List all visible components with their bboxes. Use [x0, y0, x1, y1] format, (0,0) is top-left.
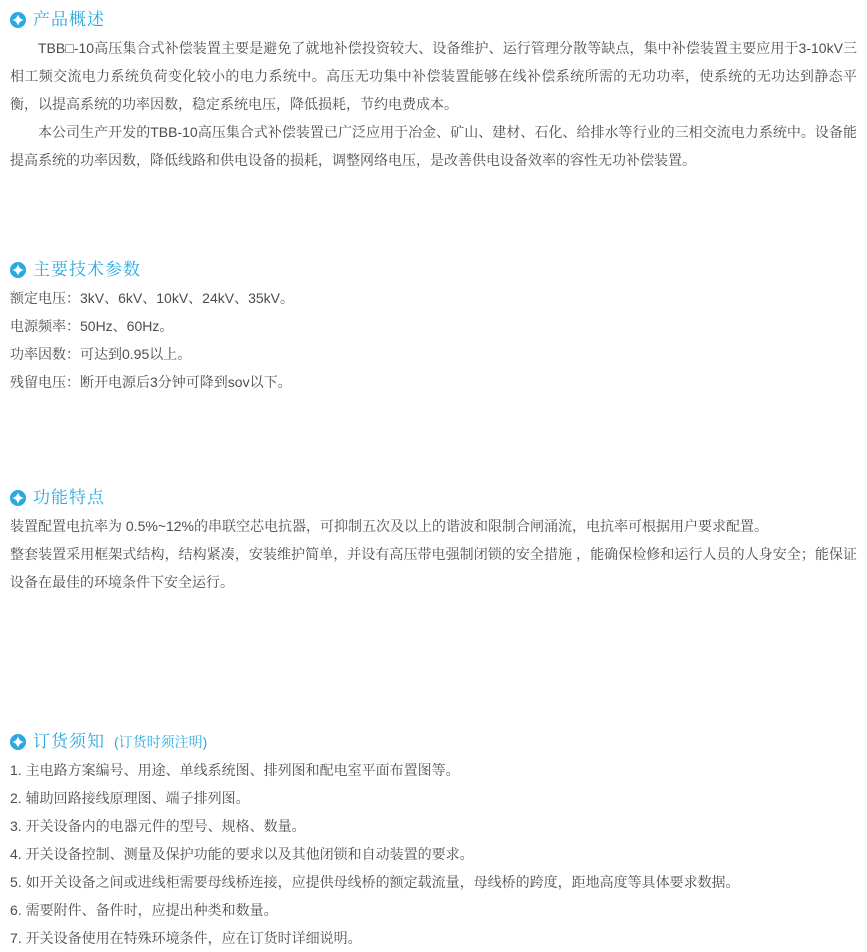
spec-power-factor: 功率因数：可达到0.95以上。 — [10, 340, 857, 368]
section-header: 订货须知 (订货时须注明) — [10, 728, 857, 756]
section-title: 产品概述 — [33, 6, 105, 34]
star-bullet-icon — [10, 734, 26, 750]
features-paragraph: 整套装置采用框架式结构，结构紧凑，安装维护简单，并设有高压带电强制闭锁的安全措施… — [10, 540, 857, 596]
section-header: 主要技术参数 — [10, 256, 857, 284]
document-page: { "colors": { "accent": "#29a9e0", "body… — [0, 0, 867, 952]
star-bullet-icon — [10, 12, 26, 28]
section-header: 功能特点 — [10, 484, 857, 512]
section-title: 功能特点 — [33, 484, 105, 512]
spec-rated-voltage: 额定电压：3kV、6kV、10kV、24kV、35kV。 — [10, 284, 857, 312]
ordering-item: 2. 辅助回路接线原理图、端子排列图。 — [10, 784, 857, 812]
ordering-item: 6. 需要附件、备件时，应提出种类和数量。 — [10, 896, 857, 924]
star-bullet-icon — [10, 262, 26, 278]
section-ordering-notes: 订货须知 (订货时须注明) 1. 主电路方案编号、用途、单线系统图、排列图和配电… — [10, 728, 857, 952]
ordering-item: 3. 开关设备内的电器元件的型号、规格、数量。 — [10, 812, 857, 840]
features-paragraph: 装置配置电抗率为 0.5%~12%的串联空芯电抗器，可抑制五次及以上的谐波和限制… — [10, 512, 857, 540]
spec-power-frequency: 电源频率：50Hz、60Hz。 — [10, 312, 857, 340]
ordering-item: 7. 开关设备使用在特殊环境条件，应在订货时详细说明。 — [10, 924, 857, 952]
section-subtitle: (订货时须注明) — [114, 728, 207, 756]
section-title: 订货须知 — [33, 728, 105, 756]
section-title: 主要技术参数 — [33, 256, 141, 284]
ordering-item: 5. 如开关设备之间或进线柜需要母线桥连接，应提供母线桥的额定载流量，母线桥的跨… — [10, 868, 857, 896]
star-bullet-icon — [10, 490, 26, 506]
spec-residual-voltage: 残留电压：断开电源后3分钟可降到sov以下。 — [10, 368, 857, 396]
ordering-item: 4. 开关设备控制、测量及保护功能的要求以及其他闭锁和自动装置的要求。 — [10, 840, 857, 868]
section-product-overview: 产品概述 TBB□-10高压集合式补偿装置主要是避免了就地补偿投资较大、设备维护… — [10, 6, 857, 174]
section-technical-parameters: 主要技术参数 额定电压：3kV、6kV、10kV、24kV、35kV。 电源频率… — [10, 256, 857, 396]
overview-paragraph: 本公司生产开发的TBB-10高压集合式补偿装置已广泛应用于冶金、矿山、建材、石化… — [10, 118, 857, 174]
ordering-item: 1. 主电路方案编号、用途、单线系统图、排列图和配电室平面布置图等。 — [10, 756, 857, 784]
section-header: 产品概述 — [10, 6, 857, 34]
section-features: 功能特点 装置配置电抗率为 0.5%~12%的串联空芯电抗器，可抑制五次及以上的… — [10, 484, 857, 596]
overview-paragraph: TBB□-10高压集合式补偿装置主要是避免了就地补偿投资较大、设备维护、运行管理… — [10, 34, 857, 118]
